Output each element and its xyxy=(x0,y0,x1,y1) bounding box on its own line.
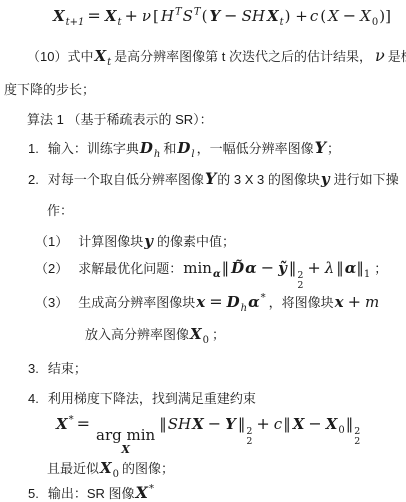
math-alpha: α xyxy=(248,293,260,311)
math-sub: 0 xyxy=(203,335,209,346)
math-sup: * xyxy=(261,293,266,304)
text: 的 3 X 3 的图像块 xyxy=(217,172,320,187)
math-S: S xyxy=(183,7,193,25)
math-X: X xyxy=(192,415,204,433)
math-equals: = xyxy=(77,414,90,433)
math-m: m xyxy=(365,293,379,311)
math-plus: + xyxy=(307,258,320,277)
item-number: 1. xyxy=(28,141,39,156)
text: 度下降的步长； xyxy=(4,82,95,97)
sub-step-3-cont: 放入高分辨率图像X0； xyxy=(85,324,225,344)
math-D-tilde: D̃ xyxy=(231,259,244,277)
text: 的图像； xyxy=(122,461,174,476)
math-equals: = xyxy=(209,292,222,311)
text: 放入高分辨率图像 xyxy=(85,327,189,342)
text: 对每一个取自低分辨率图像 xyxy=(48,172,204,187)
math-norm: ‖ xyxy=(336,259,344,277)
text: 结束； xyxy=(48,361,87,376)
math-sub: 2 xyxy=(246,437,252,447)
math-X: X xyxy=(53,7,65,25)
math-sub: 0 xyxy=(372,17,378,28)
text: 求解最优化问题： xyxy=(78,261,182,276)
math-lambda: λ xyxy=(325,259,335,277)
math-sub: 1 xyxy=(364,269,370,280)
math-sub: 2 xyxy=(297,281,303,291)
math-sub: t xyxy=(107,57,111,68)
step-number: （1） xyxy=(35,234,68,249)
equation-argmin: X*=arg minX‖SHX−Y‖22+c‖X−X0‖22 xyxy=(55,414,361,455)
math-D: D xyxy=(140,139,153,157)
math-sub: 0 xyxy=(113,469,119,480)
math-Y: Y xyxy=(209,7,220,25)
math-norm: ‖ xyxy=(356,259,364,277)
math-y: y xyxy=(144,232,153,250)
math-sub-alpha: α xyxy=(213,269,221,280)
math-Y: Y xyxy=(315,138,326,157)
list-item-1: 1.输入：训练字典Dh和Dl，一幅低分辨率图像Y； xyxy=(28,138,340,158)
sub-step-2: （2）求解最优化问题：minα‖D̃α−ỹ‖22+λ‖α‖1； xyxy=(35,258,387,291)
math-c: c xyxy=(274,415,282,433)
item-number: 5. xyxy=(28,486,39,501)
math-sub: t xyxy=(117,17,121,28)
math-X: X xyxy=(267,7,279,25)
text: 进行如下操 xyxy=(334,172,399,187)
paper-page: Xt+1=Xt+ν[HTST(Y−SHXt) +c(X−X0)]（10） （10… xyxy=(0,0,406,502)
math-X: X xyxy=(105,7,117,25)
math-min: min xyxy=(183,259,212,277)
math-sub: l xyxy=(191,149,194,160)
math-sub: h xyxy=(154,149,160,160)
math-minus: − xyxy=(343,6,356,25)
math-plus: + xyxy=(124,6,137,25)
math-argmin: arg minX xyxy=(96,428,155,455)
step-number: （3） xyxy=(35,295,68,310)
math-sup: T xyxy=(194,7,201,18)
math-sub: h xyxy=(241,303,247,314)
list-item-4-cont: 且最近似X0的图像； xyxy=(47,458,174,478)
math-argmin-under: X xyxy=(121,444,130,455)
math-X: X xyxy=(326,415,338,433)
math-sup: * xyxy=(149,484,154,495)
math-nu: ν xyxy=(142,7,151,25)
text: （10）式中 xyxy=(27,49,93,64)
math-D: D xyxy=(177,139,190,157)
text: 计算图像块 xyxy=(78,234,143,249)
list-item-5: 5.输出：SR 图像X* xyxy=(28,483,154,502)
math-X: X xyxy=(136,483,148,502)
math-SH: SH xyxy=(168,415,191,433)
math-alpha: α xyxy=(245,259,257,277)
math-X: X xyxy=(328,7,339,25)
math-sub: t xyxy=(280,17,284,28)
math-y-tilde: ỹ xyxy=(278,259,287,277)
text: ，一幅低分辨率图像 xyxy=(197,141,314,156)
item-number: 2. xyxy=(28,172,39,187)
equation-10: Xt+1=Xt+ν[HTST(Y−SHXt) +c(X−X0)]（10） xyxy=(52,6,406,26)
math-subsup: 22 xyxy=(297,271,303,291)
algorithm-heading: 算法 1 （基于稀疏表示的 SR）： xyxy=(27,109,213,129)
equation-number: （10） xyxy=(402,9,406,24)
text: 生成高分辨率图像块 xyxy=(78,295,195,310)
math-c: c xyxy=(310,7,318,25)
text: ，将图像块 xyxy=(269,295,334,310)
math-plus: + xyxy=(348,292,361,311)
math-Y: Y xyxy=(225,415,236,433)
math-plus: + xyxy=(256,414,269,433)
math-x: x xyxy=(335,293,344,311)
text: 且最近似 xyxy=(47,461,99,476)
math-y: y xyxy=(321,170,330,188)
list-item-4: 4.利用梯度下降法，找到满足重建约束 xyxy=(28,388,256,408)
math-subsup: 22 xyxy=(246,427,252,447)
math-subsup: 22 xyxy=(354,427,360,447)
math-bracket: [ xyxy=(153,7,159,25)
heading-text: 算法 1 （基于稀疏表示的 SR）： xyxy=(27,112,213,127)
item-number: 3. xyxy=(28,361,39,376)
math-minus: − xyxy=(224,6,237,25)
math-D: D xyxy=(227,293,240,311)
math-bracket: )] xyxy=(379,7,391,25)
text: ； xyxy=(212,327,225,342)
math-sup: T xyxy=(175,7,182,18)
math-X: X xyxy=(56,415,68,433)
math-norm: ‖ xyxy=(283,415,291,433)
text: 利用梯度下降法，找到满足重建约束 xyxy=(48,391,256,406)
math-sub: 2 xyxy=(354,437,360,447)
math-paren: ( xyxy=(320,7,326,25)
text: 和 xyxy=(163,141,176,156)
text: 输入：训练字典 xyxy=(48,141,139,156)
math-sub: t+1 xyxy=(66,17,85,28)
math-minus: − xyxy=(308,414,321,433)
math-Y: Y xyxy=(205,169,216,188)
math-X: X xyxy=(100,459,112,477)
list-item-2: 2.对每一个取自低分辨率图像Y的 3 X 3 的图像块y进行如下操 xyxy=(28,169,399,189)
math-minus: − xyxy=(261,258,274,277)
math-norm: ‖ xyxy=(289,259,297,277)
math-sub: 0 xyxy=(338,425,344,436)
math-X: X xyxy=(293,415,305,433)
math-x: x xyxy=(196,293,205,311)
text: 作： xyxy=(47,203,73,218)
math-minus: − xyxy=(208,414,221,433)
math-equals: = xyxy=(87,6,100,25)
sub-step-3: （3）生成高分辨率图像块x=Dhα*，将图像块x+m xyxy=(35,292,380,312)
math-norm: ‖ xyxy=(238,415,246,433)
math-paren: ( xyxy=(202,7,208,25)
math-X: X xyxy=(94,47,106,65)
step-number: （2） xyxy=(35,261,68,276)
list-item-2-cont: 作： xyxy=(47,200,73,220)
text: 输出：SR 图像 xyxy=(48,486,135,501)
math-norm: ‖ xyxy=(346,415,354,433)
item-number: 4. xyxy=(28,391,39,406)
text: 的像素中值； xyxy=(157,234,235,249)
math-argmin-label: arg min xyxy=(96,428,155,443)
list-item-3: 3.结束； xyxy=(28,358,87,378)
math-SH: SH xyxy=(242,7,265,25)
sub-step-1: （1）计算图像块y的像素中值； xyxy=(35,231,235,251)
text: 是梯 xyxy=(388,49,406,64)
math-X: X xyxy=(190,325,202,343)
math-X: X xyxy=(360,7,371,25)
math-sup: * xyxy=(69,415,74,426)
math-norm: ‖ xyxy=(222,259,230,277)
math-nu: ν xyxy=(375,46,385,65)
math-norm: ‖ xyxy=(159,415,167,433)
text: ； xyxy=(374,261,387,276)
text: 是高分辨率图像第 t 次迭代之后的估计结果， xyxy=(114,49,372,64)
math-paren: ) + xyxy=(285,7,308,25)
math-H: H xyxy=(161,7,174,25)
paragraph-eq10-desc: （10）式中Xt是高分辨率图像第 t 次迭代之后的估计结果，ν是梯 xyxy=(27,46,406,66)
math-alpha: α xyxy=(345,259,357,277)
paragraph-eq10-desc-cont: 度下降的步长； xyxy=(4,79,95,99)
text: ； xyxy=(327,141,340,156)
